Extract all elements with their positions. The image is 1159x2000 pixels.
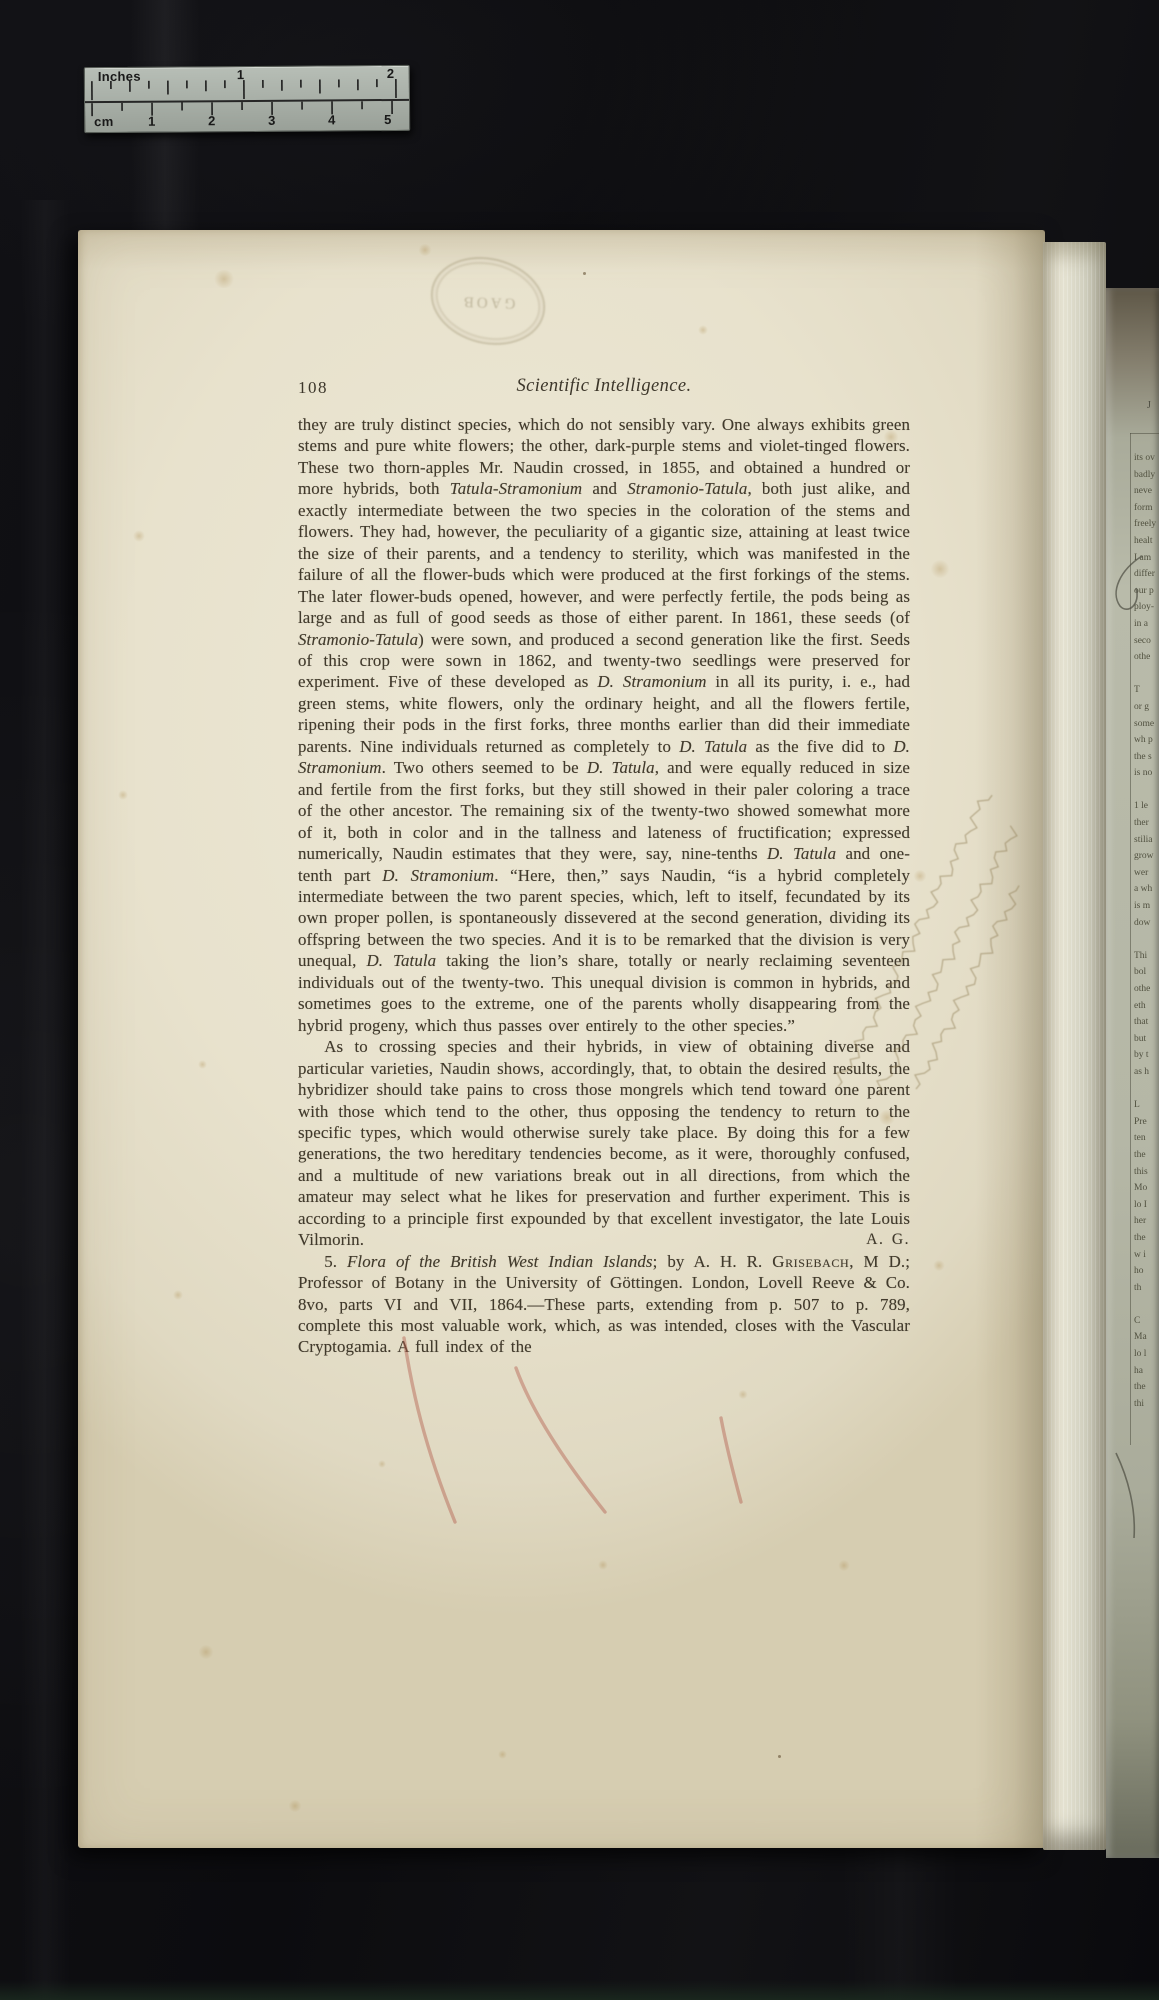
foxing-spot <box>598 1560 608 1570</box>
foxing-spot <box>930 560 950 578</box>
paragraph-text: As to crossing species and their hybrids… <box>298 1037 910 1249</box>
ruler-cm-scale: cm 12345 <box>85 99 409 132</box>
foxing-spot <box>418 244 432 256</box>
foxing-spot <box>838 1560 850 1571</box>
ruler-cm-label: cm <box>94 114 113 129</box>
stamp-text: GAOB <box>460 292 515 311</box>
reviewer-initials: A. G. <box>840 1229 910 1250</box>
page-header: 108 Scientific Intelligence. <box>298 376 910 400</box>
foxing-spot <box>498 1750 507 1759</box>
adjacent-header-fragment: J <box>1147 400 1151 411</box>
foxing-spot <box>378 1460 386 1468</box>
measuring-ruler: Inches 12 cm 12345 <box>84 65 410 133</box>
foxing-spot <box>198 1060 207 1069</box>
fabric-fold <box>20 200 70 2000</box>
foxing-spot <box>213 270 235 288</box>
ruler-cm-ticks <box>85 101 409 119</box>
fabric-fold <box>840 1840 960 2000</box>
ink-speck <box>583 272 586 275</box>
adjacent-page-edge: J its ovbadlyneveformfreelyhealtI amdiff… <box>1106 288 1159 1858</box>
foxing-spot <box>933 1260 945 1271</box>
foxing-spot <box>173 1290 183 1300</box>
paragraph-text: 5. Flora of the British West Indian Isla… <box>298 1252 910 1357</box>
foxing-spot <box>198 1645 214 1659</box>
paragraph: As to crossing species and their hybrids… <box>298 1036 910 1251</box>
photograph-of-book-page: { "ruler": { "inches_label": "Inches", "… <box>0 0 1159 2000</box>
ink-speck <box>778 1755 781 1758</box>
foxing-spot <box>288 1800 302 1812</box>
foxing-spot <box>698 325 708 335</box>
ruler-inch-numbers: 12 <box>85 66 409 68</box>
page-top-shading <box>78 230 1045 270</box>
foxing-spot <box>118 790 128 800</box>
column-rule-top <box>1130 433 1159 434</box>
paragraph: they are truly distinct species, which d… <box>298 414 910 1036</box>
ruler-inch-ticks <box>85 79 409 101</box>
paragraph-text: they are truly distinct species, which d… <box>298 415 910 1035</box>
body-text: they are truly distinct species, which d… <box>298 414 910 1358</box>
table-edge <box>0 1980 1159 2000</box>
foxing-spot <box>133 530 145 542</box>
handwritten-marginalia <box>820 685 990 1115</box>
book-fore-edge <box>1043 242 1106 1850</box>
running-header: Scientific Intelligence. <box>298 376 910 397</box>
adjacent-page-fragments: its ovbadlyneveformfreelyhealtI amdiffer… <box>1134 450 1159 1446</box>
ruler-inch-scale: Inches 12 <box>85 66 409 101</box>
page-number: 108 <box>298 378 328 398</box>
paragraph: 5. Flora of the British West Indian Isla… <box>298 1251 910 1358</box>
book-page: GAOB 108 Scientific Intelligence. they a… <box>78 230 1045 1848</box>
column-rule <box>1130 433 1131 1445</box>
foxing-spot <box>738 1390 748 1399</box>
